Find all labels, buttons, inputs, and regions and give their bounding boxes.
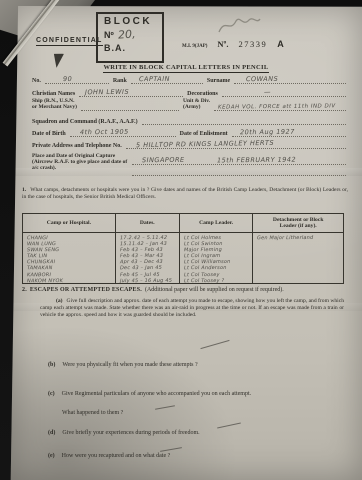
surname-label: Surname bbox=[207, 78, 230, 84]
ship-field bbox=[81, 101, 179, 111]
table-cell: Lt Col Toosey ? bbox=[184, 277, 251, 283]
section-2-note: (Additional paper will be supplied on re… bbox=[145, 287, 284, 293]
section-2-number: 2. bbox=[22, 287, 27, 293]
date-of-enlistment-field: 20th Aug 1927 bbox=[232, 127, 346, 137]
question-1-text: What camps, detachments or hospitals wer… bbox=[22, 187, 348, 200]
leader-column: Lt Col Holmes Lt Col Swinton Major Flemi… bbox=[180, 233, 254, 283]
form-instruction-heading: WRITE IN BLOCK CAPITAL LETTERS IN PENCIL bbox=[10, 64, 362, 71]
stamp-no-line: Nº 20, bbox=[104, 28, 162, 42]
no-label: No. bbox=[32, 78, 41, 84]
ship-label: Ship (R.N., U.S.N. or Merchant Navy) bbox=[32, 99, 77, 111]
form-content: CONFIDENTIAL BLOCK Nº 20, B.A. M.I. 9(JA… bbox=[10, 6, 362, 480]
rank-label: Rank bbox=[113, 78, 127, 84]
question-2a-label: (a) bbox=[56, 298, 63, 304]
christian-names-field: JOHN LEWIS bbox=[79, 87, 183, 97]
date-of-enlistment-value: 20th Aug 1927 bbox=[240, 128, 295, 137]
stamp-no-label: Nº bbox=[104, 29, 114, 42]
row-private-address: Private Address and Telephone No. 5 HILL… bbox=[32, 139, 346, 149]
ref-department: M.I. 9(JAP) bbox=[182, 44, 207, 49]
row-no-rank-surname: No. 90 Rank CAPTAIN Surname COWANS bbox=[32, 74, 346, 84]
date-of-birth-value: 4th Oct 1905 bbox=[80, 128, 129, 137]
pencil-dash-mark bbox=[160, 447, 182, 452]
private-address-field: 5 HILLTOP RD KINGS LANGLEY HERTS bbox=[126, 139, 346, 149]
capture-label: Place and Date of Original Capture (Airc… bbox=[32, 154, 128, 171]
christian-names-value: JOHN LEWIS bbox=[85, 88, 129, 96]
no-field: 90 bbox=[45, 74, 109, 84]
question-2a: (a)Give full description and approx. dat… bbox=[40, 298, 344, 319]
question-2c: (c)Give Regimental particulars of anyone… bbox=[48, 391, 251, 397]
camps-table: Camp or Hospital. Dates. Camp Leader. De… bbox=[22, 213, 344, 284]
row-birth-enlistment: Date of Birth 4th Oct 1905 Date of Enlis… bbox=[32, 127, 346, 137]
row-capture: Place and Date of Original Capture (Airc… bbox=[32, 154, 346, 176]
camp-column: CHANGI WAN LUNG SWAN SENG TAK LIN CHUNGK… bbox=[23, 233, 116, 283]
section-2-heading: 2. ESCAPES OR ATTEMPTED ESCAPES. (Additi… bbox=[22, 287, 348, 293]
date-of-enlistment-label: Date of Enlistment bbox=[180, 131, 228, 137]
table-cell: Dec 43 – Jan 45 bbox=[120, 265, 177, 271]
squadron-label: Squadron and Command (R.A.F., A.A.F.) bbox=[32, 119, 138, 125]
private-address-value: 5 HILLTOP RD KINGS LANGLEY HERTS bbox=[136, 139, 274, 149]
rank-field: CAPTAIN bbox=[131, 74, 203, 84]
question-2e: (e)How were you recaptured and on what d… bbox=[48, 453, 170, 459]
table-cell: Gen Major Litherland bbox=[257, 235, 341, 242]
private-address-label: Private Address and Telephone No. bbox=[32, 143, 122, 149]
document-page: CONFIDENTIAL BLOCK Nº 20, B.A. M.I. 9(JA… bbox=[10, 6, 362, 480]
date-of-birth-field: 4th Oct 1905 bbox=[70, 127, 176, 137]
question-2d: (d)Give briefly your experiences during … bbox=[48, 430, 200, 436]
pencil-dash-mark bbox=[155, 405, 175, 409]
block-number-stamp: BLOCK Nº 20, B.A. bbox=[96, 12, 164, 63]
surname-field: COWANS bbox=[234, 74, 346, 84]
rank-value: CAPTAIN bbox=[139, 75, 170, 83]
date-of-birth-label: Date of Birth bbox=[32, 131, 66, 137]
section-2-title: ESCAPES OR ATTEMPTED ESCAPES. bbox=[30, 287, 142, 293]
table-cell: Lt Col Anderson bbox=[184, 265, 251, 272]
question-1-number: 1. bbox=[22, 187, 26, 193]
capture-field-line2 bbox=[132, 165, 346, 176]
stamp-block-label: BLOCK bbox=[104, 16, 162, 28]
table-cell: July 45 – 16 Aug 45 bbox=[120, 277, 177, 283]
question-1: 1.What camps, detachments or hospitals w… bbox=[22, 187, 348, 201]
no-value: 90 bbox=[63, 75, 72, 83]
decorations-field: — bbox=[222, 87, 346, 97]
stamp-ba-label: B.A. bbox=[104, 42, 162, 54]
capture-date-value: 15th FEBRUARY 1942 bbox=[217, 156, 296, 165]
ref-suffix: A bbox=[277, 39, 284, 49]
row-christian-decorations: Christian Names JOHN LEWIS Decorations — bbox=[32, 87, 346, 97]
capture-field: SINGAPORE 15th FEBRUARY 1942 bbox=[132, 154, 346, 176]
decorations-value: — bbox=[264, 88, 271, 96]
detachment-column: Gen Major Litherland bbox=[253, 233, 343, 283]
question-2b: (b)Were you physically fit when you made… bbox=[48, 362, 198, 368]
col-header-camp: Camp or Hospital. bbox=[23, 214, 116, 233]
row-ship-unit: Ship (R.N., U.S.N. or Merchant Navy) Uni… bbox=[32, 99, 346, 111]
row-squadron: Squadron and Command (R.A.F., A.A.F.) bbox=[32, 115, 346, 125]
confidential-marking: CONFIDENTIAL bbox=[36, 37, 103, 46]
christian-names-label: Christian Names bbox=[32, 91, 75, 97]
ref-number: 27339 bbox=[239, 39, 268, 49]
pencil-scribble-icon bbox=[215, 14, 263, 38]
dates-column: 17.2.42 – 5.11.42 15.11.42 – Jan 43 Feb … bbox=[116, 233, 180, 283]
col-header-detachment: Detachment or Block Leader (if any). bbox=[253, 214, 343, 233]
unit-value: KEDAH VOL. FORCE att 11th IND DIV bbox=[218, 103, 336, 110]
col-header-leader: Camp Leader. bbox=[180, 214, 254, 233]
squadron-field bbox=[142, 115, 346, 125]
table-cell: NAKOM NYOK bbox=[27, 277, 113, 283]
ref-no-label: Nº. bbox=[217, 39, 228, 49]
surname-value: COWANS bbox=[246, 75, 278, 83]
decorations-label: Decorations bbox=[187, 91, 218, 97]
unit-field: KEDAH VOL. FORCE att 11th IND DIV bbox=[214, 101, 346, 111]
unit-label: Unit & Div. (Army) bbox=[183, 99, 210, 111]
question-2c-followup: What happened to them ? bbox=[62, 410, 123, 416]
pencil-dash-mark bbox=[200, 340, 229, 349]
stamp-no-handwritten-value: 20, bbox=[117, 27, 135, 41]
col-header-dates: Dates. bbox=[116, 214, 180, 233]
question-2a-text: Give full description and approx. date o… bbox=[40, 298, 344, 318]
capture-place-value: SINGAPORE bbox=[142, 156, 185, 164]
reference-number-line: M.I. 9(JAP) Nº. 27339 A bbox=[182, 39, 284, 49]
pencil-dash-mark bbox=[217, 423, 241, 429]
scanned-pow-form-photo: CONFIDENTIAL BLOCK Nº 20, B.A. M.I. 9(JA… bbox=[0, 0, 362, 480]
